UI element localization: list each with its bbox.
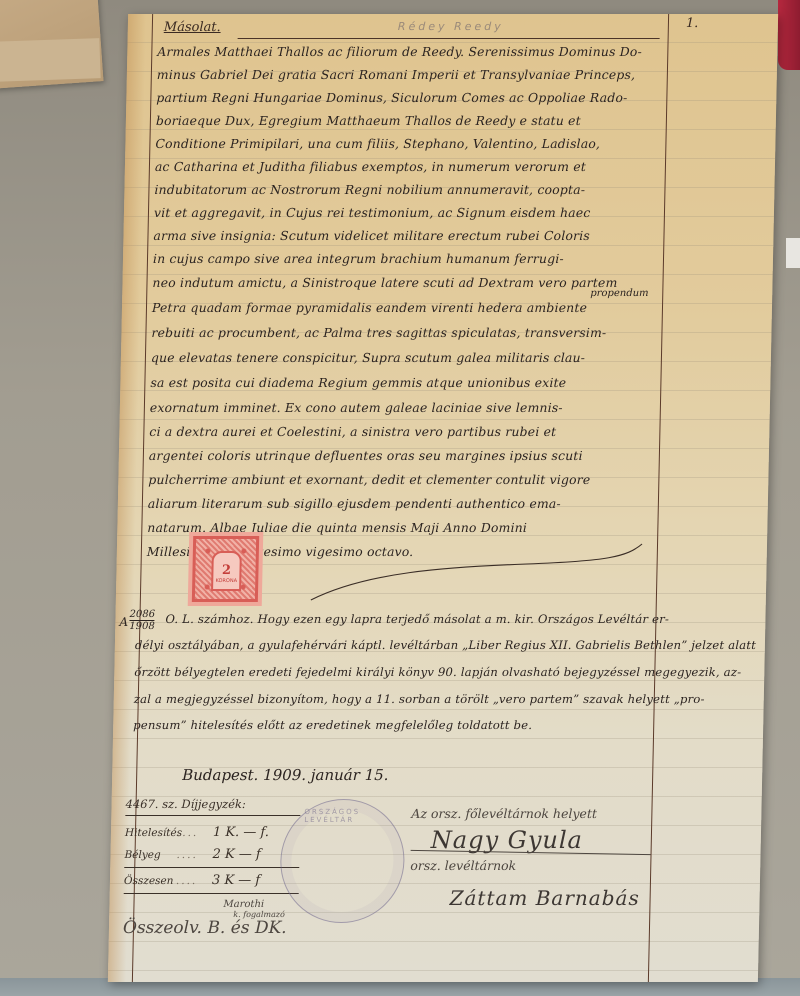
reference-denominator: 1908 [129, 621, 155, 632]
fee-rule [124, 867, 299, 868]
latin-line: arma sive insignia: Scutum videlicet mil… [153, 228, 661, 243]
latin-line: ac Catharina et Juditha filiabus exempto… [155, 159, 663, 174]
latin-line: Conditione Primipilari, una cum filiis, … [155, 136, 663, 151]
place-date: Budapest. 1909. január 15. [182, 766, 389, 784]
latin-line: rebuiti ac procumbent, ac Palma tres sag… [151, 325, 659, 340]
seal-text: ORSZÁGOS LEVÉLTÁR [304, 808, 404, 824]
official-seal: ORSZÁGOS LEVÉLTÁR [279, 799, 406, 923]
fee-dots: .... [176, 875, 198, 887]
fee-row: Bélyeg .... 2 K — f [124, 849, 304, 867]
certification-line: pensum” hitelesítés előtt az eredetinek … [133, 718, 653, 732]
archivist-title: orsz. levéltárnok [410, 858, 516, 873]
stamp-crown-window: 2 KORONA [211, 551, 242, 591]
fee-label: Összesen [124, 875, 174, 887]
fee-dots: .... [177, 827, 199, 839]
latin-line: sa est posita cui diadema Regium gemmis … [150, 375, 658, 390]
red-object [778, 0, 800, 70]
stamp-value: 2 [213, 563, 239, 578]
title-row: Másolat. Rédey Reedy [158, 20, 668, 42]
pencil-note: Rédey Reedy [398, 20, 504, 33]
title-rule [238, 38, 660, 39]
interlinear-insertion: propendum [590, 288, 649, 299]
fee-dots: .... [176, 849, 198, 861]
fee-row: Hitelesítés .... 1 K. — f. [125, 827, 305, 845]
fee-amount: 2 K — f [212, 847, 261, 862]
certification-line: délyi osztályában, a gyulafehérvári kápt… [135, 638, 655, 652]
reference-number: A 2086 1908 [129, 609, 155, 632]
fee-amount: 1 K. — f. [213, 825, 269, 840]
certification-line: O. L. számhoz. Hogy ezen egy lapra terje… [165, 612, 655, 626]
fee-list-header: 4467. sz. Díjjegyzék: [125, 797, 246, 811]
latin-line: in cujus campo sive area integrum brachi… [153, 251, 661, 266]
archivist-signature: Záttam Barnabás [449, 886, 640, 910]
fee-row: Összesen .... 3 K — f [124, 875, 304, 893]
reference-numerator: 2086 [129, 609, 155, 621]
revenue-stamp: 2 KORONA [188, 532, 264, 606]
fee-amount: 3 K — f [212, 873, 261, 888]
latin-line: neo indutum amictu, a Sinistroque latere… [152, 275, 660, 290]
page-number: 1. [686, 16, 699, 31]
stamp-unit: KORONA [213, 578, 239, 584]
latin-line: Armales Matthaei Thallos ac filiorum de … [157, 44, 665, 59]
document-content: Másolat. Rédey Reedy 1. Armales Matthaei… [108, 14, 778, 982]
latin-line: boriaeque Dux, Egregium Matthaeum Thallo… [156, 113, 664, 128]
latin-line: exornatum imminet. Ex cono autem galeae … [150, 400, 658, 415]
collation-note: Összeolv. B. és DK. [123, 918, 287, 938]
latin-line: que elevatas tenere conspicitur, Supra s… [151, 350, 659, 365]
closing-flourish [306, 542, 647, 602]
stamp-frame: 2 KORONA [192, 536, 259, 602]
fee-rule [125, 815, 300, 816]
fee-label: Bélyeg [124, 849, 160, 861]
document-sheet: Másolat. Rédey Reedy 1. Armales Matthaei… [108, 14, 778, 982]
latin-line: aliarum literarum sub sigillo ejusdem pe… [148, 496, 656, 511]
deputy-title: Az orsz. főlevéltárnok helyett [411, 806, 597, 821]
document-title: Másolat. [164, 20, 221, 35]
underlying-document-edge [0, 38, 101, 82]
latin-line: partium Regni Hungariae Dominus, Siculor… [156, 90, 664, 105]
certification-line: zal a megjegyzéssel bizonyítom, hogy a 1… [134, 692, 654, 706]
reference-prefix: A [119, 615, 128, 629]
certification-line: őrzött bélyegtelen eredeti fejedelmi kir… [134, 665, 654, 679]
latin-line: ci a dextra aurei et Coelestini, a sinis… [149, 424, 657, 439]
latin-line: minus Gabriel Dei gratia Sacri Romani Im… [157, 67, 665, 82]
clerk-signature: Marothi [223, 899, 264, 910]
fee-label: Hitelesítés [125, 827, 182, 839]
white-paper-corner [786, 238, 800, 268]
latin-line: pulcherrime ambiunt et exornant, dedit e… [148, 472, 656, 487]
latin-line: indubitatorum ac Nostrorum Regni nobiliu… [154, 182, 662, 197]
latin-line: argentei coloris utrinque defluentes ora… [149, 448, 657, 463]
fee-rule [124, 893, 299, 894]
latin-line: Petra quadam formae pyramidalis eandem v… [152, 300, 660, 315]
latin-line: vit et aggregavit, in Cujus rei testimon… [154, 205, 662, 220]
